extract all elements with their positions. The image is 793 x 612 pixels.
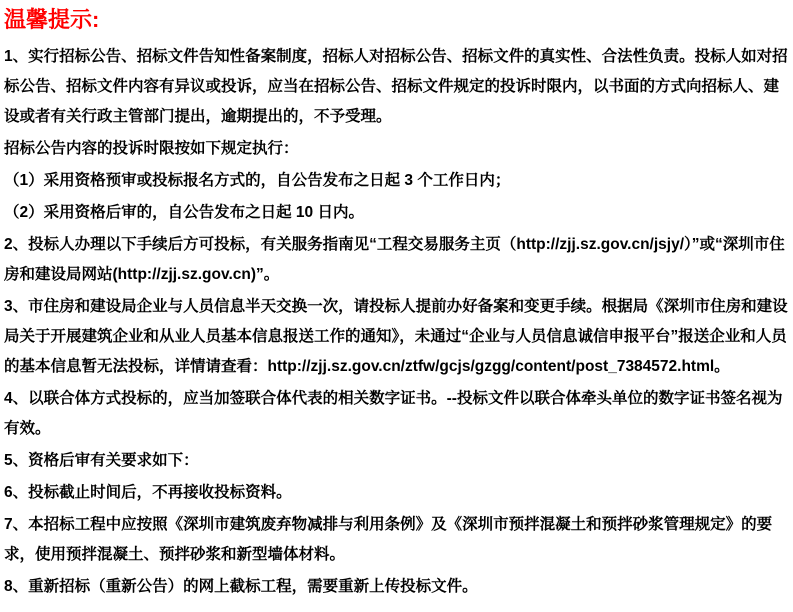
notice-paragraph-3: （1）采用资格预审或投标报名方式的，自公告发布之日起 3 个工作日内；: [4, 166, 790, 196]
notice-paragraph-5: 2、投标人办理以下手续后方可投标，有关服务指南见“工程交易服务主页（http:/…: [4, 230, 790, 290]
notice-paragraph-6: 3、市住房和建设局企业与人员信息半天交换一次，请投标人提前办好备案和变更手续。根…: [4, 292, 790, 382]
notice-page: 温馨提示: 1、实行招标公告、招标文件告知性备案制度，招标人对招标公告、招标文件…: [0, 0, 793, 612]
notice-paragraph-7: 4、以联合体方式投标的，应当加签联合体代表的相关数字证书。--投标文件以联合体牵…: [4, 384, 790, 444]
notice-paragraph-4: （2）采用资格后审的，自公告发布之日起 10 日内。: [4, 198, 790, 228]
notice-paragraph-9: 6、投标截止时间后，不再接收投标资料。: [4, 478, 790, 508]
notice-paragraph-2: 招标公告内容的投诉时限按如下规定执行：: [4, 134, 790, 164]
notice-paragraph-8: 5、资格后审有关要求如下：: [4, 446, 790, 476]
notice-paragraph-10: 7、本招标工程中应按照《深圳市建筑废弃物减排与利用条例》及《深圳市预拌混凝土和预…: [4, 510, 790, 570]
notice-paragraph-1: 1、实行招标公告、招标文件告知性备案制度，招标人对招标公告、招标文件的真实性、合…: [4, 42, 790, 132]
page-title: 温馨提示:: [4, 6, 790, 34]
notice-paragraph-11: 8、重新招标（重新公告）的网上截标工程，需要重新上传投标文件。: [4, 572, 790, 602]
